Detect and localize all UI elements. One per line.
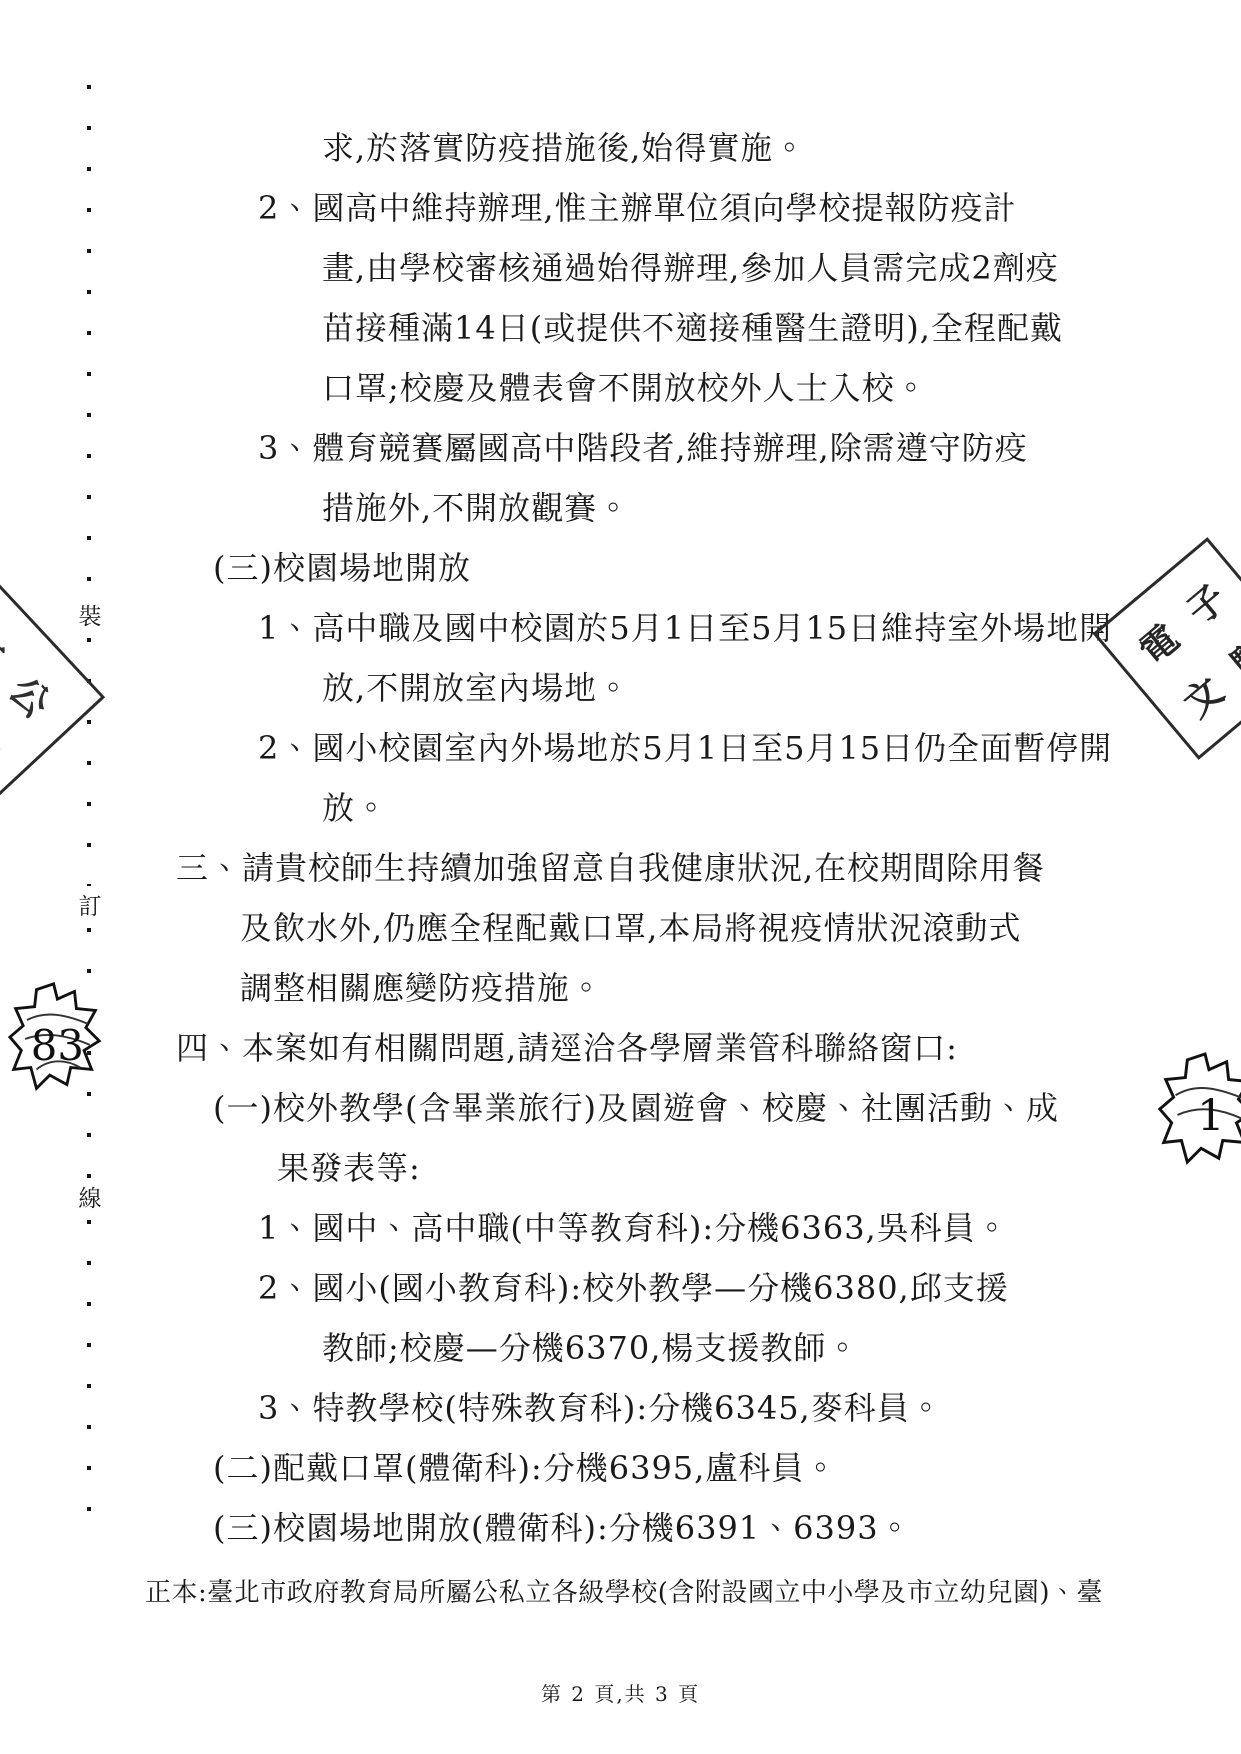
document-line: 放,不開放室內場地。 [322,668,630,708]
document-line: (三)校園場地開放 [213,548,471,588]
document-line: 三、請貴校師生持續加強留意自我健康狀況,在校期間除用餐 [176,848,1045,888]
document-line: 調整相關應變防疫措施。 [240,968,603,1008]
document-line: 措施外,不開放觀賽。 [322,488,630,528]
document-line: (一)校外教學(含畢業旅行)及園遊會、校慶、社團活動、成 [213,1088,1059,1128]
electronic-exchange-stamp: 電 子 文 騎 [1093,537,1241,760]
binding-mark-xian: 線 [77,1180,103,1213]
stamp-character: 子 [1173,569,1236,634]
document-line: 1、國中、高中職(中等教育科):分機6363,吳科員。 [258,1208,1009,1248]
binding-dotted-line-segment [87,1220,91,1520]
stamp-character: 騎 [1218,623,1241,688]
document-line: 2、國小(國小教育科):校外教學—分機6380,邱支援 [258,1268,1009,1308]
document-line: 1、高中職及國中校園於5月1日至5月15日維持室外場地開 [258,608,1112,648]
seal-number: 1 [1197,1092,1225,1142]
document-line: 及飲水外,仍應全程配戴口罩,本局將視疫情狀況滾動式 [240,908,1021,948]
document-line: 四、本案如有相關問題,請逕洽各學層業管科聯絡窗口: [176,1028,958,1068]
document-line: 3、特教學校(特殊教育科):分機6345,麥科員。 [258,1388,943,1428]
document-line: 2、國高中維持辦理,惟主辦單位須向學校提報防疫計 [258,188,1017,228]
perforation-seal-right: 1 [1152,1052,1241,1170]
document-line: 畫,由學校審核通過始得辦理,參加人員需完成2劑疫 [322,248,1059,288]
binding-dotted-line-segment [87,638,91,886]
stamp-character: 文 [1170,662,1233,727]
stamp-character: 公 [0,662,66,727]
binding-mark-zhuang: 裝 [77,598,103,631]
stamp-character: 文 [0,708,16,773]
document-line: 口罩;校慶及體表會不開放校外人士入校。 [322,368,928,408]
binding-dotted-line-segment [87,85,91,595]
page-number-footer: 第 2 頁,共 3 頁 [0,1678,1241,1707]
document-line: (三)校園場地開放(體衛科):分機6391、6393。 [213,1508,912,1548]
document-line: 2、國小校園室內外場地於5月1日至5月15日仍全面暫停開 [258,728,1112,768]
scanned-official-document-page: 裝 訂 線 求,於落實防疫措施後,始得實施。2、國高中維持辦理,惟主辦單位須向學… [0,0,1241,1754]
document-line: (二)配戴口罩(體衛科):分機6395,盧科員。 [213,1448,837,1488]
perforation-seal-left: 83 [8,980,103,1098]
distribution-note: 正本:臺北市政府教育局所屬公私立各級學校(含附設國立中小學及市立幼兒園)、臺 [145,1572,1103,1609]
document-line: 教師;校慶—分機6370,楊支援教師。 [322,1328,859,1368]
document-line: 求,於落實防疫措施後,始得實施。 [322,128,806,168]
stamp-character: 電 [1125,609,1188,674]
binding-mark-ding: 訂 [77,888,103,921]
stamp-character: 交 [0,612,20,677]
seal-number: 83 [31,1021,84,1070]
document-line: 3、體育競賽屬國高中階段者,維持辦理,除需遵守防疫 [258,428,1028,468]
document-line: 苗接種滿14日(或提供不適接種醫生證明),全程配戴 [322,308,1063,348]
document-line: 放。 [322,788,388,828]
document-line: 果發表等: [277,1148,421,1188]
